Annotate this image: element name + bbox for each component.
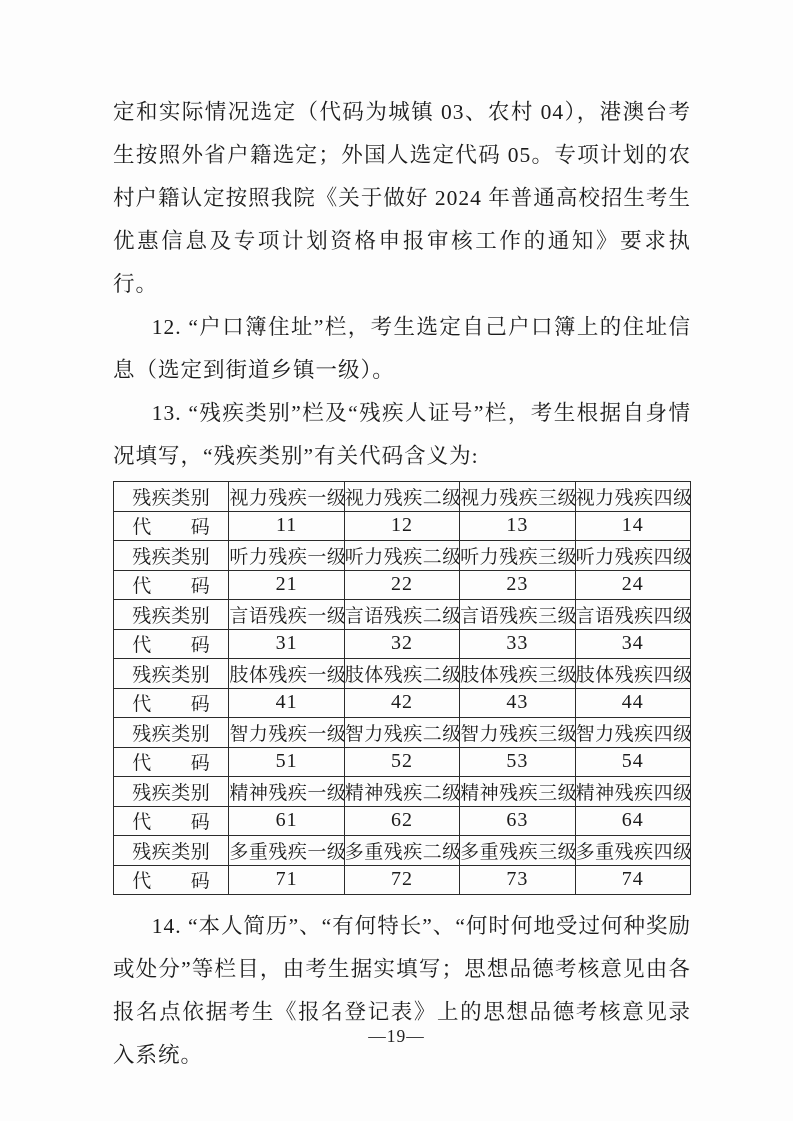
table-cell: 残疾类别 (114, 482, 229, 512)
table-cell: 22 (344, 570, 459, 600)
table-row-category: 残疾类别精神残疾一级精神残疾二级精神残疾三级精神残疾四级 (114, 777, 691, 807)
table-cell: 71 (229, 865, 344, 895)
table-cell: 言语残疾三级 (460, 600, 575, 630)
table-cell: 61 (229, 806, 344, 836)
table-cell: 肢体残疾四级 (575, 659, 690, 689)
table-row-category: 残疾类别智力残疾一级智力残疾二级智力残疾三级智力残疾四级 (114, 718, 691, 748)
table-row-category: 残疾类别肢体残疾一级肢体残疾二级肢体残疾三级肢体残疾四级 (114, 659, 691, 689)
table-cell: 残疾类别 (114, 541, 229, 571)
table-cell: 代 码 (114, 865, 229, 895)
table-cell: 14 (575, 511, 690, 541)
table-cell: 52 (344, 747, 459, 777)
disability-code-table: 残疾类别视力残疾一级视力残疾二级视力残疾三级视力残疾四级代 码11121314残… (113, 481, 691, 895)
table-row-code: 代 码61626364 (114, 806, 691, 836)
table-cell: 12 (344, 511, 459, 541)
table-cell: 精神残疾一级 (229, 777, 344, 807)
table-cell: 代 码 (114, 688, 229, 718)
table-cell: 23 (460, 570, 575, 600)
table-cell: 74 (575, 865, 690, 895)
table-cell: 51 (229, 747, 344, 777)
table-cell: 多重残疾一级 (229, 836, 344, 866)
table-cell: 53 (460, 747, 575, 777)
table-cell: 言语残疾一级 (229, 600, 344, 630)
scanned-page: 定和实际情况选定（代码为城镇 03、农村 04），港澳台考生按照外省户籍选定；外… (0, 0, 793, 1121)
table-cell: 智力残疾四级 (575, 718, 690, 748)
table-cell: 72 (344, 865, 459, 895)
table-cell: 智力残疾二级 (344, 718, 459, 748)
table-cell: 视力残疾一级 (229, 482, 344, 512)
table-cell: 残疾类别 (114, 659, 229, 689)
table-cell: 代 码 (114, 511, 229, 541)
table-cell: 残疾类别 (114, 718, 229, 748)
page-number: —19— (0, 1026, 793, 1047)
table-cell: 残疾类别 (114, 836, 229, 866)
table-cell: 多重残疾二级 (344, 836, 459, 866)
table-cell: 代 码 (114, 629, 229, 659)
table-cell: 听力残疾一级 (229, 541, 344, 571)
table-row-code: 代 码71727374 (114, 865, 691, 895)
table-cell: 视力残疾二级 (344, 482, 459, 512)
table-cell: 31 (229, 629, 344, 659)
paragraph-item-14: 14. “本人简历”、“有何特长”、“何时何地受过何种奖励或处分”等栏目，由考生… (113, 905, 691, 1077)
table-cell: 41 (229, 688, 344, 718)
table-cell: 言语残疾二级 (344, 600, 459, 630)
table-cell: 代 码 (114, 570, 229, 600)
table-cell: 肢体残疾二级 (344, 659, 459, 689)
table-cell: 肢体残疾一级 (229, 659, 344, 689)
table-cell: 54 (575, 747, 690, 777)
table-cell: 13 (460, 511, 575, 541)
table-cell: 残疾类别 (114, 777, 229, 807)
table-row-code: 代 码21222324 (114, 570, 691, 600)
table-row-code: 代 码11121314 (114, 511, 691, 541)
table-cell: 63 (460, 806, 575, 836)
paragraph-continued: 定和实际情况选定（代码为城镇 03、农村 04），港澳台考生按照外省户籍选定；外… (113, 91, 691, 306)
table-cell: 43 (460, 688, 575, 718)
table-cell: 代 码 (114, 747, 229, 777)
table-cell: 多重残疾三级 (460, 836, 575, 866)
table-row-category: 残疾类别听力残疾一级听力残疾二级听力残疾三级听力残疾四级 (114, 541, 691, 571)
table-cell: 精神残疾四级 (575, 777, 690, 807)
table-cell: 听力残疾四级 (575, 541, 690, 571)
table-cell: 62 (344, 806, 459, 836)
table-cell: 44 (575, 688, 690, 718)
table-row-code: 代 码31323334 (114, 629, 691, 659)
table-cell: 智力残疾一级 (229, 718, 344, 748)
table-cell: 42 (344, 688, 459, 718)
text-block: 定和实际情况选定（代码为城镇 03、农村 04），港澳台考生按照外省户籍选定；外… (113, 91, 691, 1077)
table-cell: 多重残疾四级 (575, 836, 690, 866)
table-cell: 智力残疾三级 (460, 718, 575, 748)
table-cell: 代 码 (114, 806, 229, 836)
table-cell: 言语残疾四级 (575, 600, 690, 630)
table-cell: 视力残疾四级 (575, 482, 690, 512)
table-cell: 精神残疾三级 (460, 777, 575, 807)
table-cell: 32 (344, 629, 459, 659)
table-cell: 21 (229, 570, 344, 600)
table-cell: 精神残疾二级 (344, 777, 459, 807)
table-cell: 肢体残疾三级 (460, 659, 575, 689)
paragraph-item-13: 13. “残疾类别”栏及“残疾人证号”栏，考生根据自身情况填写，“残疾类别”有关… (113, 392, 691, 478)
table-cell: 34 (575, 629, 690, 659)
table-row-category: 残疾类别视力残疾一级视力残疾二级视力残疾三级视力残疾四级 (114, 482, 691, 512)
table-cell: 视力残疾三级 (460, 482, 575, 512)
table-cell: 64 (575, 806, 690, 836)
table-cell: 24 (575, 570, 690, 600)
table-cell: 残疾类别 (114, 600, 229, 630)
table-cell: 听力残疾三级 (460, 541, 575, 571)
table-row-category: 残疾类别言语残疾一级言语残疾二级言语残疾三级言语残疾四级 (114, 600, 691, 630)
table-cell: 听力残疾二级 (344, 541, 459, 571)
table-cell: 73 (460, 865, 575, 895)
paragraph-item-12: 12. “户口簿住址”栏，考生选定自己户口簿上的住址信息（选定到街道乡镇一级）。 (113, 306, 691, 392)
table-row-category: 残疾类别多重残疾一级多重残疾二级多重残疾三级多重残疾四级 (114, 836, 691, 866)
table-cell: 33 (460, 629, 575, 659)
table-cell: 11 (229, 511, 344, 541)
table-row-code: 代 码41424344 (114, 688, 691, 718)
table-row-code: 代 码51525354 (114, 747, 691, 777)
